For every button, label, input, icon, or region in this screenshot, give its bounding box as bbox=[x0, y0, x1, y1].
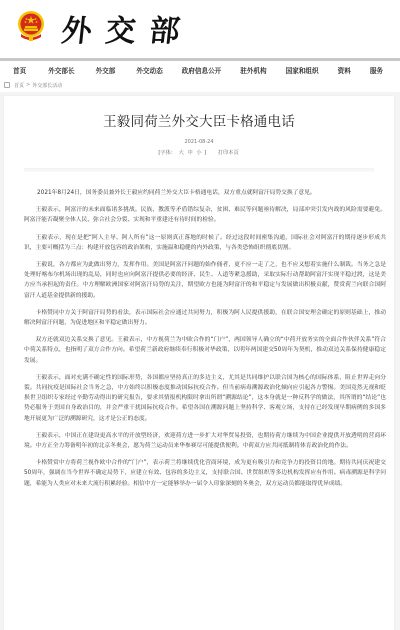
font-size-suffix: ] bbox=[204, 150, 206, 156]
paragraph: 王毅表示，中国正在建设更高水平的开放型经济，欢迎荷方进一步扩大对华贸易投资，也期… bbox=[24, 431, 386, 451]
nav-item-diplomatic-news[interactable]: 外交动态 bbox=[136, 65, 162, 75]
article-title: 王毅同荷兰外交大臣卡格通电话 bbox=[4, 110, 394, 130]
site-header: 外交部 bbox=[0, 0, 400, 58]
home-icon bbox=[4, 82, 10, 88]
paragraph: 卡格赞赏中方将荷兰视作欧中合作的“门户”，表示荷兰将继续优化营商环境，成为更有吸… bbox=[24, 458, 386, 489]
paragraph: 王毅表示，面对充满不确定性的国际形势，各国都应坚持真正的多边主义，尤其是共同维护… bbox=[24, 373, 386, 424]
paragraph: 王毅说，各方都应为此做出努力，发挥作用。美国是阿富汗问题的始作俑者，更不应一走了… bbox=[24, 260, 386, 301]
article-date: 2021-08-24 bbox=[4, 139, 394, 145]
paragraph: 王毅表示，现在是把“阿人主导、阿人所有”这一原则真正落地的时候了。经过这段时间密… bbox=[24, 233, 386, 253]
nav-item-missions[interactable]: 驻外机构 bbox=[240, 65, 266, 75]
main-nav: 首页 外交部长 外交部 外交动态 政府信息公开 驻外机构 国家和组织 资料 服务… bbox=[0, 58, 400, 78]
font-size-prefix: [字体： bbox=[158, 150, 176, 156]
font-size-controls: [字体： 大 中 小 ] 打印本页 bbox=[4, 149, 394, 156]
breadcrumb: 首页 > 外交部长活动 bbox=[0, 78, 400, 92]
breadcrumb-separator: > bbox=[26, 82, 30, 88]
article: 王毅同荷兰外交大臣卡格通电话 2021-08-24 [字体： 大 中 小 ] 打… bbox=[4, 96, 394, 630]
print-page-button[interactable]: 打印本页 bbox=[218, 150, 239, 156]
paragraph: 王毅表示，阿富汗的未来面临诸多挑战。民族、教派等矛盾错综复杂，贫困、难民等问题亟… bbox=[24, 205, 386, 225]
nav-item-resources[interactable]: 资料 bbox=[338, 65, 351, 75]
breadcrumb-home[interactable]: 首页 bbox=[14, 82, 24, 89]
national-emblem-icon[interactable] bbox=[16, 10, 46, 42]
paragraph: 2021年8月24日，国务委员兼外长王毅应约同荷兰外交大臣卡格通电话，双方重点就… bbox=[24, 188, 386, 198]
nav-item-services[interactable]: 服务 bbox=[370, 65, 383, 75]
font-size-small-button[interactable]: 小 bbox=[196, 150, 201, 156]
site-logo[interactable]: 外交部 bbox=[60, 6, 197, 50]
nav-item-ministry[interactable]: 外交部 bbox=[96, 65, 116, 75]
header-divider bbox=[24, 168, 374, 172]
paragraph: 双方还就双边关系交换了意见。王毅表示，中方视荷兰为中欧合作的“门户”，两国领导人… bbox=[24, 335, 386, 366]
nav-item-gov-info[interactable]: 政府信息公开 bbox=[182, 65, 222, 75]
nav-item-home[interactable]: 首页 bbox=[13, 65, 26, 75]
paragraph: 卡格赞同中方关于阿富汗局势的看法，表示国际社会应通过共同努力，积极为阿人民提供援… bbox=[24, 308, 386, 328]
font-size-medium-button[interactable]: 中 bbox=[187, 150, 192, 156]
breadcrumb-minister-activities[interactable]: 外交部长活动 bbox=[32, 82, 62, 89]
nav-item-countries[interactable]: 国家和组织 bbox=[286, 65, 319, 75]
nav-item-minister[interactable]: 外交部长 bbox=[48, 65, 74, 75]
font-size-large-button[interactable]: 大 bbox=[179, 150, 184, 156]
article-body: 2021年8月24日，国务委员兼外长王毅应约同荷兰外交大臣卡格通电话，双方重点就… bbox=[24, 188, 386, 496]
